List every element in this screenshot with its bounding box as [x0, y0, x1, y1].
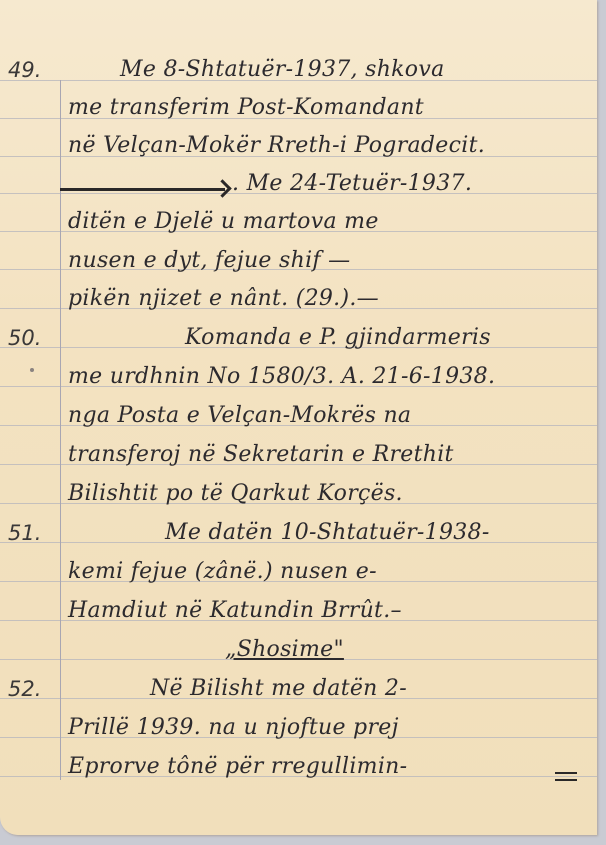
- entry-50-line-2: me urdhnin No 1580/3. A. 21-6-1938.: [0, 355, 597, 393]
- handwritten-text: Bilishtit po të Qarkut Korçës.: [68, 481, 403, 506]
- arrow-right-icon: [60, 188, 225, 191]
- entry-52-line-2: Prillë 1939. na u njoftue prej: [0, 706, 597, 744]
- handwritten-text: Në Bilisht me datën 2-: [150, 676, 407, 701]
- entry-49-line-7: pikën njizet e nânt. (29.).—: [0, 277, 597, 315]
- handwritten-text: Hamdiut në Katundin Brrût.–: [68, 598, 402, 623]
- handwritten-text: Me 8-Shtatuër-1937, shkova: [120, 57, 445, 82]
- entry-49-line-4: . Me 24-Tetuër-1937.: [0, 162, 597, 200]
- entry-50-line-1: 50. Komanda e P. gjindarmeris: [0, 316, 597, 354]
- handwritten-text: Prillë 1939. na u njoftue prej: [68, 715, 399, 740]
- entry-51-line-1: 51. Me datën 10-Shtatuër-1938-: [0, 511, 597, 549]
- entry-50-line-3: nga Posta e Velçan-Mokrës na: [0, 394, 597, 432]
- handwritten-text: pikën njizet e nânt. (29.).—: [68, 286, 379, 311]
- handwritten-text: Me datën 10-Shtatuër-1938-: [165, 520, 490, 545]
- entry-49-line-6: nusen e dyt, fejue shif —: [0, 239, 597, 277]
- handwritten-text: ditën e Djelë u martova me: [68, 209, 379, 234]
- entry-49-line-3: në Velçan-Mokër Rreth-i Pogradecit.: [0, 124, 597, 162]
- entry-number: 50.: [8, 326, 41, 350]
- entry-49-line-1: 49. Me 8-Shtatuër-1937, shkova: [0, 48, 597, 86]
- handwritten-text: transferoj në Sekretarin e Rrethit: [68, 442, 454, 467]
- handwritten-text: me urdhnin No 1580/3. A. 21-6-1938.: [68, 364, 495, 389]
- entry-51-line-4: „Shosime": [0, 628, 597, 666]
- entry-52-line-3: Eprorve tônë për rregullimin-: [0, 745, 597, 783]
- handwritten-heading: „Shosime": [225, 637, 344, 662]
- handwritten-text: nusen e dyt, fejue shif —: [68, 248, 350, 273]
- handwritten-text: . Me 24-Tetuër-1937.: [232, 171, 472, 196]
- entry-number: 49.: [8, 58, 41, 82]
- handwritten-text: nga Posta e Velçan-Mokrës na: [68, 403, 411, 428]
- entry-50-line-4: transferoj në Sekretarin e Rrethit: [0, 433, 597, 471]
- entry-51-line-3: Hamdiut në Katundin Brrût.–: [0, 589, 597, 627]
- handwritten-text: Eprorve tônë për rregullimin-: [68, 754, 407, 779]
- entry-49-line-5: ditën e Djelë u martova me: [0, 200, 597, 238]
- handwritten-text: me transferim Post-Komandant: [68, 95, 424, 120]
- entry-50-line-5: Bilishtit po të Qarkut Korçës.: [0, 472, 597, 510]
- handwritten-text: në Velçan-Mokër Rreth-i Pogradecit.: [68, 133, 485, 158]
- double-dash-mark: [555, 772, 577, 781]
- entry-51-line-2: kemi fejue (zânë.) nusen e-: [0, 550, 597, 588]
- entry-number: 52.: [8, 677, 41, 701]
- handwritten-text: kemi fejue (zânë.) nusen e-: [68, 559, 377, 584]
- entry-49-line-2: me transferim Post-Komandant: [0, 86, 597, 124]
- notebook-page: 49. Me 8-Shtatuër-1937, shkova me transf…: [0, 0, 597, 835]
- handwritten-text: Komanda e P. gjindarmeris: [185, 325, 491, 350]
- entry-52-line-1: 52. Në Bilisht me datën 2-: [0, 667, 597, 705]
- entry-number: 51.: [8, 521, 41, 545]
